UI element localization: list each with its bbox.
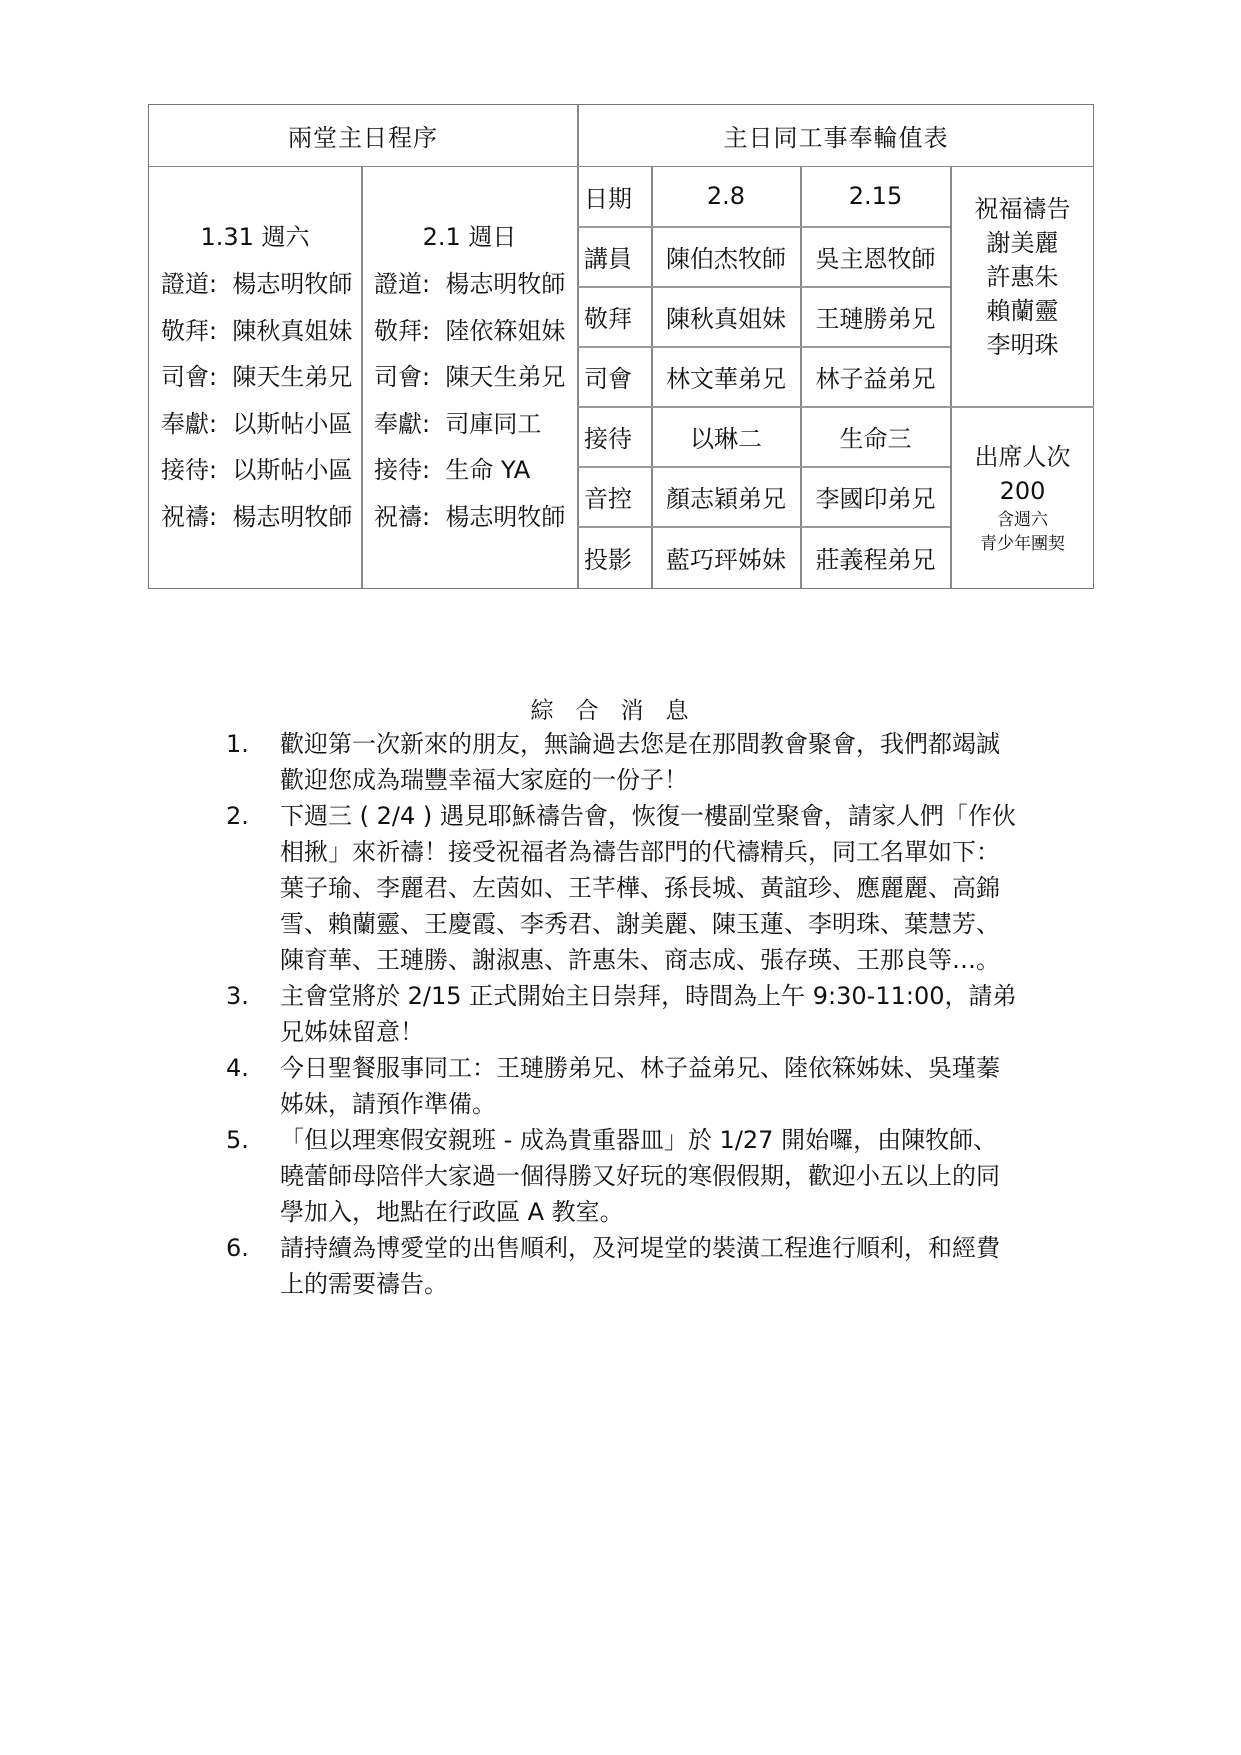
bulletin-page: 兩堂主日程序 主日同工事奉輪值表 1.31 週六 證道: 楊志明牧師 敬拜: 陳… — [0, 0, 1241, 1755]
roster-row-label: 敬拜 — [578, 286, 651, 346]
news-title: 綜合消息 — [0, 692, 1241, 725]
news-list: 1. 歡迎第一次新來的朋友，無論過去您是在那間教會聚會，我們都竭誠 歡迎您成為瑞… — [226, 726, 1016, 1302]
roster-title: 主日同工事奉輪值表 — [578, 105, 1094, 166]
program-line: 奉獻: 以斯帖小區 — [149, 401, 361, 448]
news-number: 3. — [226, 978, 249, 1014]
news-item: 3. 主會堂將於 2/15 正式開始主日崇拜，時間為上午 9:30-11:00，… — [226, 978, 1016, 1050]
service-sunday: 2.1 週日 證道: 楊志明牧師 敬拜: 陸依箖姐妹 司會: 陳天生弟兄 奉獻:… — [362, 166, 577, 588]
news-item: 4. 今日聖餐服事同工：王璉勝弟兄、林子益弟兄、陸依箖姊妹、吳瑾蓁 姊妹，請預作… — [226, 1050, 1016, 1122]
roster-row-label: 接待 — [578, 406, 651, 466]
program-line: 祝禱: 楊志明牧師 — [149, 494, 361, 541]
news-item: 5. 「但以理寒假安親班 - 成為貴重器皿」於 1/27 開始囉，由陳牧師、 曉… — [226, 1122, 1016, 1230]
roster-row-label: 講員 — [578, 226, 651, 286]
news-item: 1. 歡迎第一次新來的朋友，無論過去您是在那間教會聚會，我們都竭誠 歡迎您成為瑞… — [226, 726, 1016, 798]
roster-cell: 莊義程弟兄 — [801, 526, 950, 588]
program-line: 奉獻: 司庫同工 — [362, 401, 577, 448]
program-line: 敬拜: 陳秋真姐妹 — [149, 308, 361, 355]
news-number: 1. — [226, 726, 249, 762]
roster-cell: 顏志穎弟兄 — [652, 466, 800, 526]
program-line: 司會: 陳天生弟兄 — [149, 354, 361, 401]
program-line: 接待: 以斯帖小區 — [149, 447, 361, 494]
roster-cell: 李國印弟兄 — [801, 466, 950, 526]
program-line: 司會: 陳天生弟兄 — [362, 354, 577, 401]
roster-cell: 藍巧玶姊妹 — [652, 526, 800, 588]
attendance-box: 出席人次 200 含週六 青少年團契 — [951, 407, 1094, 588]
roster-cell: 生命三 — [801, 406, 950, 466]
blessing-name: 謝美麗 — [987, 226, 1059, 260]
attendance-count: 200 — [1000, 474, 1046, 508]
program-line: 敬拜: 陸依箖姐妹 — [362, 308, 577, 355]
attendance-note: 青少年團契 — [980, 532, 1065, 556]
roster-row-label: 音控 — [578, 466, 651, 526]
service-date: 1.31 週六 — [149, 214, 361, 261]
news-item: 6. 請持續為博愛堂的出售順利，及河堤堂的裝潢工程進行順利，和經費 上的需要禱告… — [226, 1230, 1016, 1302]
blessing-prayer-box: 祝福禱告 謝美麗 許惠朱 賴蘭靈 李明珠 — [951, 166, 1094, 406]
news-number: 6. — [226, 1230, 249, 1266]
program-line: 祝禱: 楊志明牧師 — [362, 494, 577, 541]
news-number: 4. — [226, 1050, 249, 1086]
roster-cell: 2.15 — [801, 166, 950, 226]
blessing-title: 祝福禱告 — [975, 192, 1071, 226]
roster-cell: 王璉勝弟兄 — [801, 286, 950, 346]
program-line: 接待: 生命 YA — [362, 447, 577, 494]
roster-cell: 陳伯杰牧師 — [652, 226, 800, 286]
program-line: 證道: 楊志明牧師 — [362, 261, 577, 308]
roster-cell: 吳主恩牧師 — [801, 226, 950, 286]
service-saturday: 1.31 週六 證道: 楊志明牧師 敬拜: 陳秋真姐妹 司會: 陳天生弟兄 奉獻… — [149, 166, 361, 588]
blessing-name: 賴蘭靈 — [987, 294, 1059, 328]
roster-row-label: 司會 — [578, 346, 651, 406]
news-number: 2. — [226, 798, 249, 834]
schedule-table: 兩堂主日程序 主日同工事奉輪值表 1.31 週六 證道: 楊志明牧師 敬拜: 陳… — [148, 104, 1094, 589]
blessing-name: 李明珠 — [987, 328, 1059, 362]
attendance-title: 出席人次 — [975, 440, 1071, 474]
roster-cell: 林子益弟兄 — [801, 346, 950, 406]
blessing-name: 許惠朱 — [987, 260, 1059, 294]
service-date: 2.1 週日 — [362, 214, 577, 261]
programs-title: 兩堂主日程序 — [149, 105, 577, 166]
attendance-note: 含週六 — [997, 508, 1048, 532]
roster-cell: 以琳二 — [652, 406, 800, 466]
table-header-row: 兩堂主日程序 主日同工事奉輪值表 — [149, 105, 1093, 167]
roster-row-label: 投影 — [578, 526, 651, 588]
roster-cell: 陳秋真姐妹 — [652, 286, 800, 346]
roster-cell: 2.8 — [652, 166, 800, 226]
news-item: 2. 下週三 ( 2/4 ) 遇見耶穌禱告會，恢復一樓副堂聚會，請家人們「作伙 … — [226, 798, 1016, 978]
news-number: 5. — [226, 1122, 249, 1158]
roster-cell: 林文華弟兄 — [652, 346, 800, 406]
program-line: 證道: 楊志明牧師 — [149, 261, 361, 308]
roster-row-label: 日期 — [578, 166, 651, 226]
